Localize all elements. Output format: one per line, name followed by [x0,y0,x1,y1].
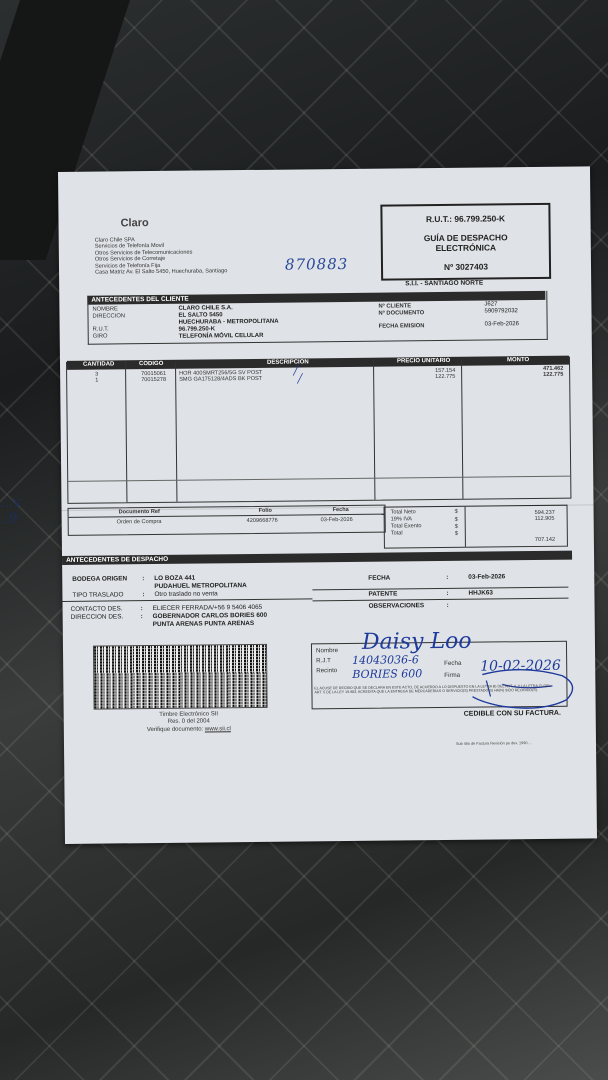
issue-date: 03-Feb-2026 [485,321,519,327]
company-line: Casa Matriz Av. El Salto 5450, Huechurab… [95,268,227,276]
document-ref-number: 5909792032 [484,308,517,314]
total-currency: $ [455,531,458,538]
label-fecha-emision: FECHA EMISION [379,323,425,329]
totals-box: Total Neto $ 594.237 19% IVA $ 112.905 T… [384,505,568,549]
ref-folio: 4209668776 [247,518,278,525]
direccion-destino-2: PUNTA ARENAS PUNTA ARENAS [153,620,254,628]
label-nombre-recibo: Nombre [316,648,338,655]
claro-logo: Claro [120,217,148,229]
items-table-header: CANTIDAD CODIGO DESCRIPCION PRECIO UNITA… [67,356,569,370]
company-info: Claro Chile SPA Servicios de Telefonía M… [95,236,228,276]
total-value: 112.905 [535,516,555,523]
total-value: 707.142 [535,537,555,544]
sticker-line: ...v [0,495,21,511]
bodega-origen-1: LO BOZA 441 [154,575,195,582]
label-firma: Firma [444,673,460,680]
fecha-despacho: 03-Feb-2026 [468,573,505,580]
total-label: 19% IVA [391,516,412,523]
label-tipo-traslado: TIPO TRASLADO [72,591,123,599]
client-address-2: HUECHURABA - METROPOLITANA [179,319,279,326]
sticker-line: ..9 [0,511,21,527]
direccion-destino-1: GOBERNADOR CARLOS BORIES 600 [153,612,267,620]
total-row: Total Exento $ [385,506,567,508]
row-precio: 122.775 [435,374,455,381]
bodega-origen-2: PUDAHUEL METROPOLITANA [154,582,247,590]
client-rut: 96.799.250-K [179,326,215,332]
reference-header: Documento Ref Folio Fecha [69,506,385,518]
handwritten-number: 870883 [285,255,348,274]
dispatch-section: ANTECEDENTES DE DESPACHO BODEGA ORIGEN :… [62,551,572,556]
client-section: NOMBRE DIRECCION R.U.T. GIRO CLARO CHILE… [87,291,547,345]
document-number: Nº 3027403 [383,261,549,273]
col-divider [465,507,466,547]
client-number: J627 [484,301,497,307]
pdf417-barcode [93,644,268,710]
sep: : [141,605,143,612]
label-contacto: CONTACTO DES. [71,605,123,613]
label-recinto: Recinto [316,668,337,675]
total-label: Total [391,530,403,537]
client-address-1: EL SALTO 5450 [178,312,222,318]
tipo-traslado: Otro traslado no venta [154,590,217,598]
sii-office: S.I.I. - SANTIAGO NORTE [405,280,483,288]
col-cantidad: CANTIDAD [83,361,114,367]
cedible-label: CEDIBLE CON SU FACTURA. [464,710,561,718]
label-giro: GIRO [93,333,108,339]
row-codigo: 70015278 [141,377,166,384]
ref-fecha: 03-Feb-2026 [321,517,353,524]
checkmark-icon: ╱ [297,374,303,384]
divider [62,598,312,602]
contacto-destino: ELIECER FERRADA/+56 9 5406 4065 [153,604,263,612]
sep: : [446,574,448,581]
label-direccion: DIRECCION [92,313,125,319]
patente: HHJK63 [468,589,493,596]
sep: : [447,602,449,609]
label-rut: R.U.T. [93,326,109,332]
col-descripcion: DESCRIPCION [267,359,309,365]
timbre-line: Verifique documento: [147,726,203,733]
label-observaciones: OBSERVACIONES [369,602,425,610]
reference-table: Documento Ref Folio Fecha Orden de Compr… [68,505,386,536]
items-table: CANTIDAD CODIGO DESCRIPCION PRECIO UNITA… [66,357,571,504]
label-nombre: NOMBRE [92,306,118,312]
timbre-electronico: Timbre Electrónico SII Res. 0 del 2004 V… [124,711,254,735]
sep: : [142,591,144,598]
rut-document-box: R.U.T.: 96.799.250-K GUÍA DE DESPACHO EL… [380,203,551,281]
total-currency: $ [455,509,458,516]
doc-type-line: ELECTRÓNICA [383,242,549,254]
client-giro: TELEFONÍA MÓVIL CELULAR [179,333,264,340]
background-sticker: ...v ..9 [0,495,21,527]
ref-col-folio: Folio [259,508,272,515]
row-descripcion: SMG GA175128/4ADS BK POST [179,376,262,383]
row-monto: 122.775 [543,372,563,379]
total-currency: $ [455,524,458,531]
total-label: Total Neto [391,509,416,516]
handwritten-name: Daisy Loo [362,629,472,655]
sii-link[interactable]: www.sii.cl [205,726,231,732]
handwritten-recinto: BORIES 600 [352,667,422,681]
col-codigo: CODIGO [139,361,163,367]
document-type: GUÍA DE DESPACHO ELECTRÓNICA [383,232,549,254]
sep: : [142,575,144,582]
handwritten-rut: 14043036-6 [352,653,419,667]
total-label: Total Exento [391,523,422,530]
col-monto: MONTO [507,357,529,363]
total-row: 19% IVA $ 112.905 [385,506,567,508]
divider [312,598,568,602]
label-n-documento: Nº DOCUMENTO [378,310,424,316]
total-row: Total Neto $ 594.237 [385,506,567,508]
label-bodega: BODEGA ORIGEN [72,575,127,583]
label-n-cliente: Nº CLIENTE [378,303,411,309]
divider [312,587,568,591]
ref-col-doc: Documento Ref [119,509,160,516]
total-row: Total $ 707.142 [385,506,567,508]
ref-col-fecha: Fecha [333,507,349,514]
ref-doc: Orden de Compra [117,519,162,526]
row-cantidad: 1 [95,378,98,385]
label-direccion-destino: DIRECCION DES. [71,613,124,621]
dispatch-guide-document: Claro Claro Chile SPA Servicios de Telef… [58,166,597,844]
sep: : [446,590,448,597]
label-fecha-recibo: Fecha [444,661,461,668]
row-divider [68,476,570,482]
label-fecha-despacho: FECHA [368,575,390,582]
label-patente: PATENTE [368,590,397,597]
client-name: CLARO CHILE S.A. [178,305,232,312]
section-title-despacho: ANTECEDENTES DE DESPACHO [62,551,572,565]
total-currency: $ [455,517,458,524]
footer-note: Sub ídio de Factura Revisión pe dev. 199… [456,741,532,746]
col-precio: PRECIO UNITARIO [397,358,450,365]
sep: : [141,613,143,620]
label-rut-recibo: R.J.T [316,658,331,665]
issuer-rut: R.U.T.: 96.799.250-K [382,213,548,225]
receipt-acknowledgement-box: Nombre R.J.T Recinto Fecha Firma Daisy L… [311,641,568,710]
